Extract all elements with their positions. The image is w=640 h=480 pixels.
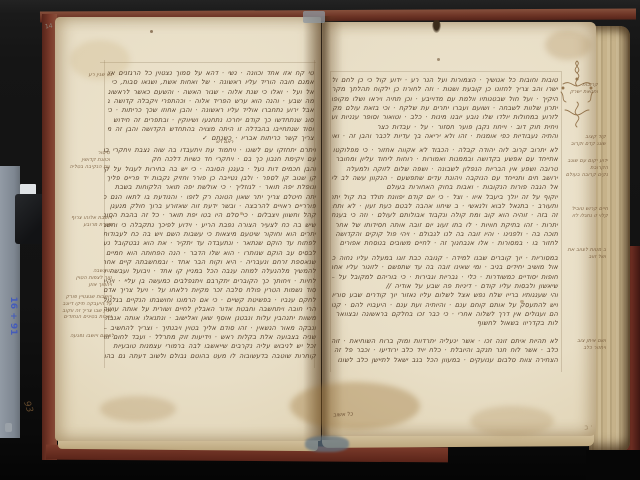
stain <box>100 396 176 422</box>
left-main-text-block-1: טי קח אזו אחד וכוונה · נשי · דהא על סמוך… <box>108 69 314 144</box>
right-margin-note-d: ב מטות לצווב אתושל זווב <box>556 247 606 261</box>
interline-note: ראם דש <box>216 139 233 145</box>
gutter-top-notch <box>303 11 325 23</box>
right-margin-note-c: חיים קרוש טובילקלוי זו נתגלו לזו <box>562 206 608 220</box>
fore-edge-mark: 93 <box>21 400 34 414</box>
stain <box>470 406 554 436</box>
left-main-text-block-2: ויתרם יתחזקו עם לשונו · ויחמוד עת ויתעבד… <box>104 146 316 361</box>
foxing-spot <box>150 30 153 33</box>
right-margin-note-e: ושם איתן צובויחזור כלב <box>556 338 606 352</box>
ornament-caption: קרובותוחטאת ישרק <box>558 82 598 96</box>
right-main-text-block-4: לא תהיות איתם זונה זכו · אשר ינעליה יתרד… <box>332 337 558 365</box>
left-margin-note-6: לבחום ויושבו נפגעה <box>68 333 114 340</box>
stain <box>545 30 591 60</box>
ruler-label: 16 + 91 <box>2 287 18 345</box>
right-main-text-block-3: במסוריות · יוך קוברים שבנו למידה · קנובה… <box>332 254 558 329</box>
right-main-text-block-1: טובות וחובות כל אנושיך · הצמורות ועל הנר… <box>332 76 558 141</box>
corner-mark: ב · <box>583 422 593 431</box>
right-main-text-block-2: לא יתרוב קרוב לוה יהודה קבלה · הכבוד לא … <box>332 146 558 249</box>
left-margin-note-1: גט שנין רע <box>80 72 112 79</box>
ruling-line <box>100 62 316 63</box>
left-margin-note-2: טיטורוכוונת קדושיןעם הנקיבה בטליה <box>58 150 110 170</box>
ruler-dot <box>5 423 12 432</box>
manuscript-photo: 16 + 91 14 טי קח אזו אחד וכוונה · נשי · … <box>0 0 640 480</box>
bottom-right-shadow-block <box>586 450 640 480</box>
left-margin-note-4: נטאשבהטור לצפות הטויןויהפוך אוזן <box>62 268 112 288</box>
ink-blot-top-right-page <box>432 20 441 33</box>
foxing-spot <box>437 58 440 61</box>
left-margin-note-5: ויושבות שנצטיין פורקעל היעבקה תיקו דיוגב… <box>56 294 112 321</box>
catchword: כל אשוב <box>333 411 353 418</box>
left-margin-note-3: ויושבת אלוהו צרוףמערת מרובע <box>60 215 112 229</box>
gutter-bottom-smudge <box>305 436 349 452</box>
right-margin-note-b: ידוע יקום עם שוגבהקרובתנקים קרובה בעולם <box>560 158 608 178</box>
right-margin-note-a: קוד קצובשוגג קדם וקרוב <box>562 134 606 148</box>
stain <box>290 382 420 430</box>
folio-number: 14 <box>45 23 54 31</box>
ruling-line <box>330 71 562 72</box>
